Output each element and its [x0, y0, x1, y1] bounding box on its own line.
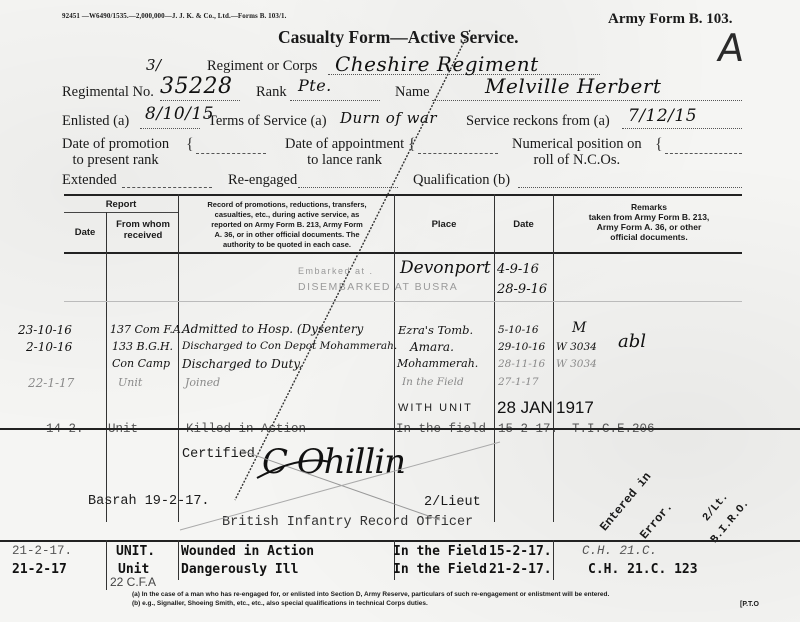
diagonal-cancel-line: [235, 30, 470, 500]
casualty-form-page: 92451 —W6490/1535.—2,000,000—J. J. K. & …: [0, 0, 800, 622]
overlay-strokes: [0, 0, 800, 622]
cross-line-2: [180, 442, 500, 530]
cross-line-1: [240, 450, 440, 520]
